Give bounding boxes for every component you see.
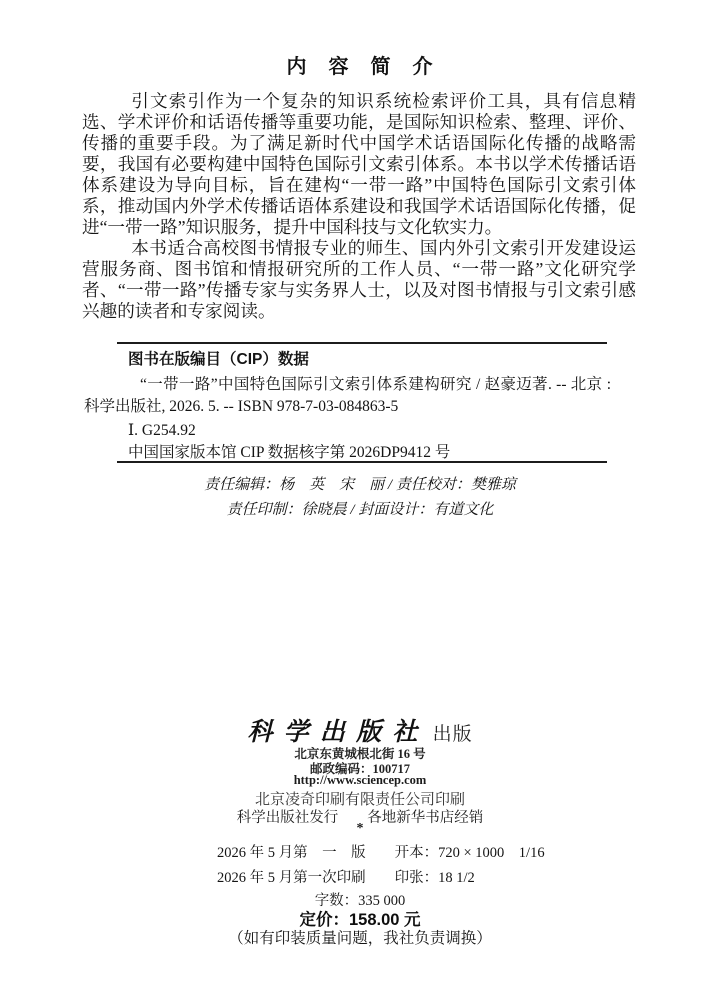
- publisher-logo-suffix: 出版: [433, 724, 473, 745]
- cip-top-rule: [117, 342, 607, 344]
- content-summary-title: 内 容 简 介: [0, 50, 720, 79]
- staff-credits: 责任编辑：杨 英 宋 丽 / 责任校对：樊雅琼 责任印制：徐晓晨 / 封面设计：…: [0, 473, 720, 523]
- summary-paragraph-2: 本书适合高校图书情报专业的师生、国内外引文索引开发建设运营服务商、图书馆和情报研…: [82, 238, 636, 322]
- edition-line: 2026 年 5 月第 一 版 开本：720 × 1000 1/16: [217, 846, 545, 861]
- publisher-logo-line: 科学出版社 出版: [0, 712, 720, 748]
- content-summary-block: 引文索引作为一个复杂的知识系统检索评价工具，具有信息精选、学术评价和话语传播等重…: [82, 91, 636, 322]
- quality-note: （如有印装质量问题，我社负责调换）: [0, 926, 720, 948]
- printing-line: 2026 年 5 月第一次印刷 印张：18 1/2: [217, 871, 545, 886]
- credits-editors-line: 责任编辑：杨 英 宋 丽 / 责任校对：樊雅琼: [0, 473, 720, 498]
- cip-header: 图书在版编目（CIP）数据: [84, 349, 611, 372]
- separator-asterisk: *: [0, 821, 720, 837]
- science-press-logo: 科学出版社: [247, 719, 428, 746]
- publisher-website: http://www.sciencep.com: [0, 773, 720, 788]
- summary-paragraph-1: 引文索引作为一个复杂的知识系统检索评价工具，具有信息精选、学术评价和话语传播等重…: [82, 91, 636, 238]
- cip-data-block: 图书在版编目（CIP）数据 “一带一路”中国特色国际引文索引体系建构研究 / 赵…: [84, 349, 611, 465]
- cip-classification: Ⅰ. G254.92: [84, 420, 611, 443]
- cip-catalog-entry: “一带一路”中国特色国际引文索引体系建构研究 / 赵豪迈著. -- 北京 : 科…: [84, 374, 611, 419]
- credits-print-design-line: 责任印制：徐晓晨 / 封面设计：有道文化: [0, 498, 720, 523]
- cip-bottom-rule: [117, 461, 607, 463]
- book-copyright-page: 内 容 简 介 引文索引作为一个复杂的知识系统检索评价工具，具有信息精选、学术评…: [0, 0, 720, 1000]
